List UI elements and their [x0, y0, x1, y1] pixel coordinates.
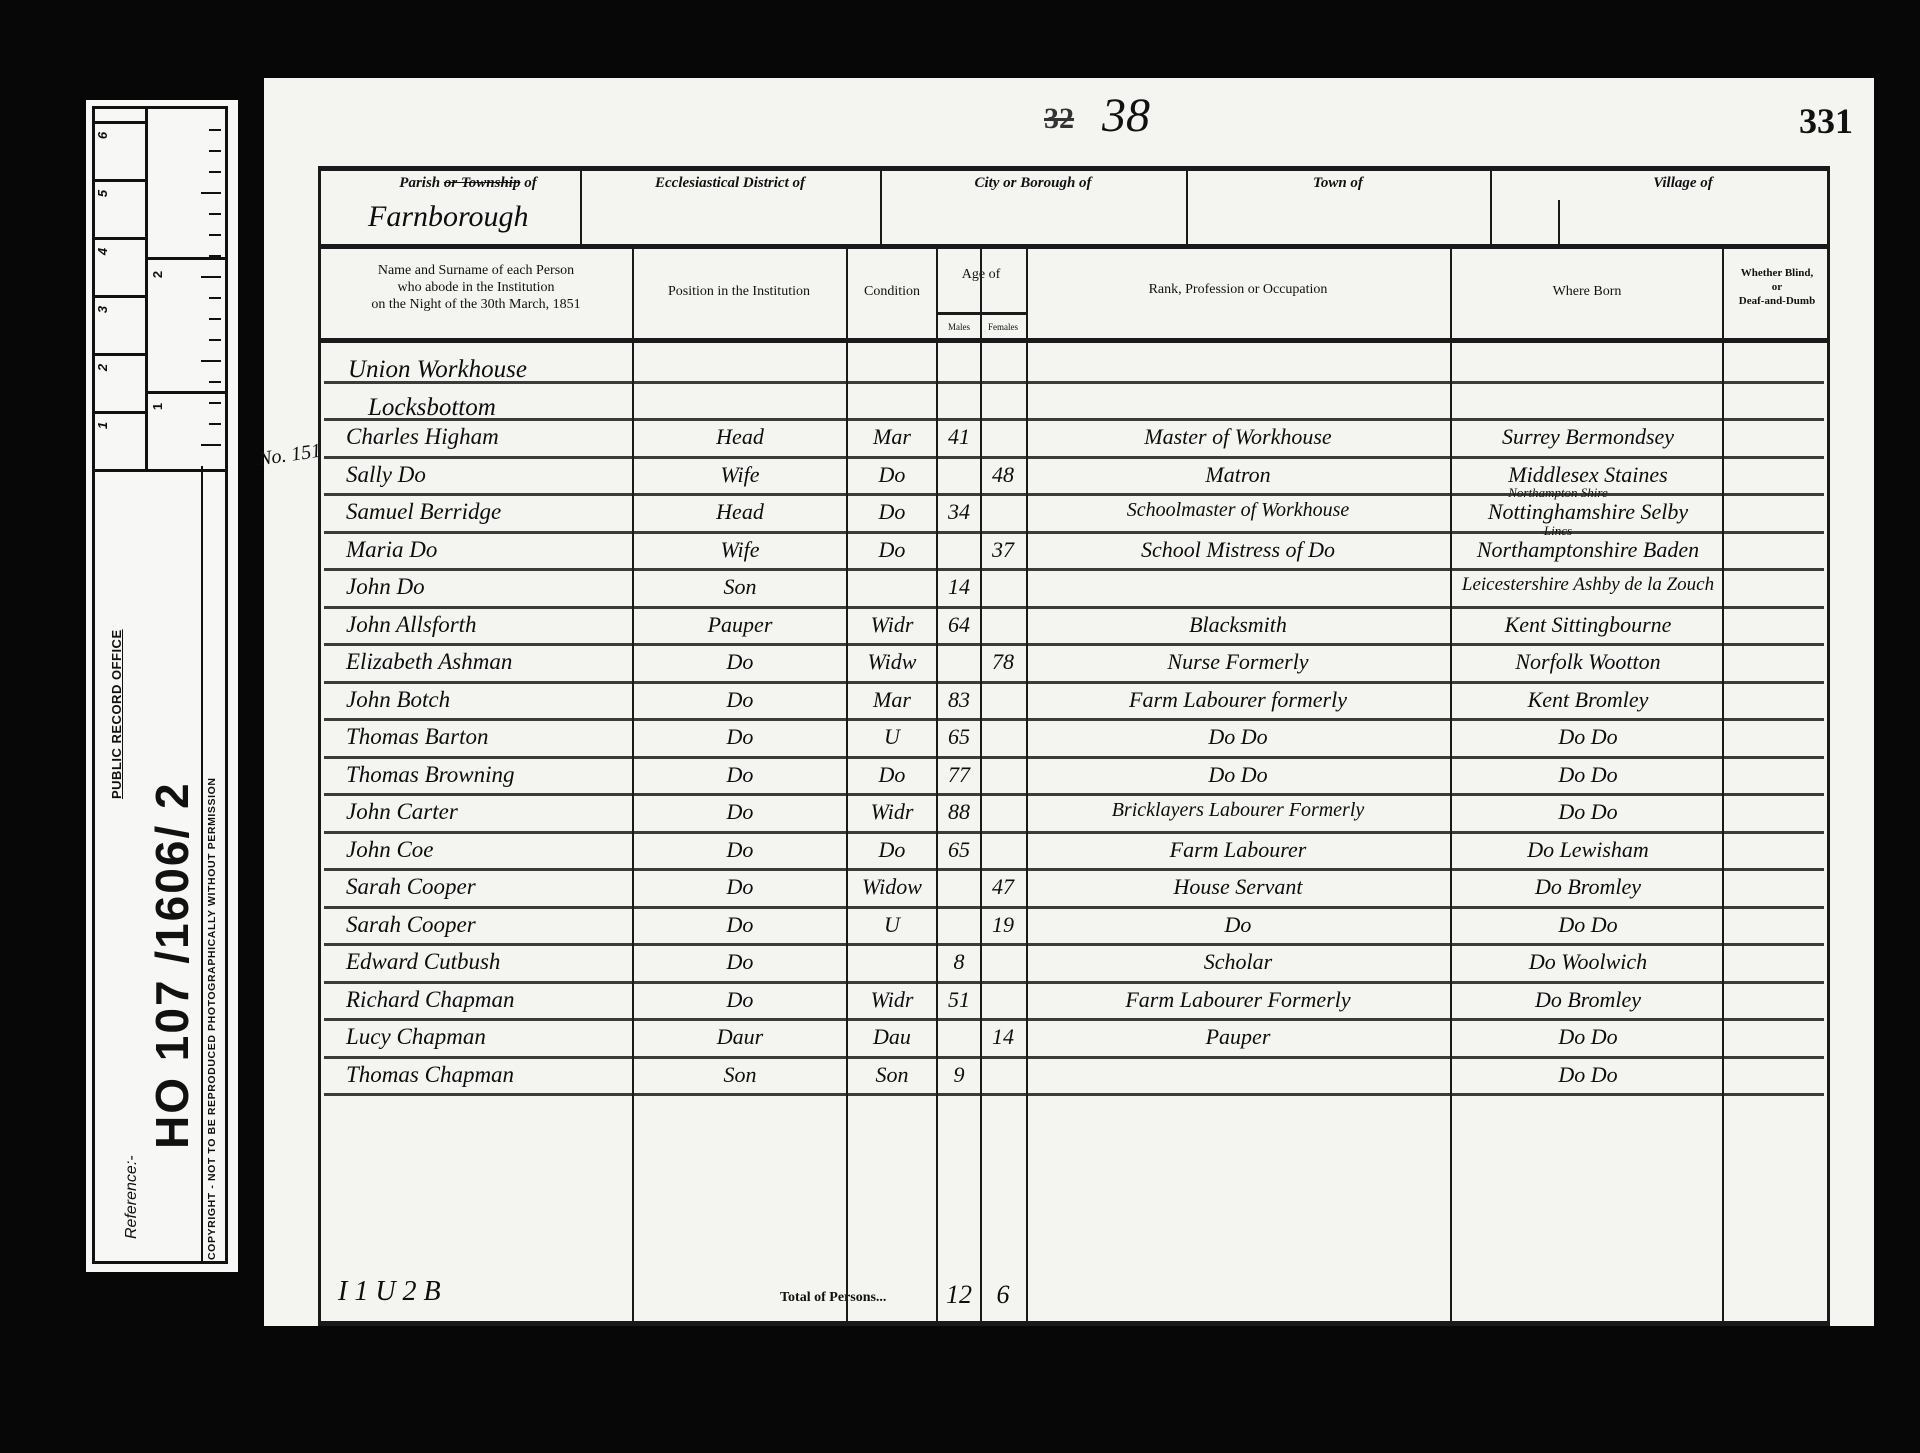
reference-card: 123456 12 COPYRIGHT - NOT TO BE REPRODUC…: [86, 100, 238, 1272]
cell-female: 37: [981, 537, 1025, 563]
cell-position: Pauper: [634, 612, 846, 638]
cell-position: Do: [634, 649, 846, 675]
cell-condition: Do: [848, 837, 936, 863]
cell-occupation: Nurse Formerly: [1028, 649, 1448, 675]
scale-ruler: 123456 12: [95, 109, 225, 472]
ruler-cm-cell: 5: [95, 179, 145, 237]
col-age-female-header: Females: [981, 318, 1025, 336]
cell-position: Do: [634, 724, 846, 750]
cell-male: 9: [938, 1062, 980, 1088]
cell-name: Sarah Cooper: [328, 912, 646, 938]
table-top-border: [318, 166, 1830, 171]
cell-name: Elizabeth Ashman: [328, 649, 646, 675]
cell-condition: Widr: [848, 612, 936, 638]
row-rule: [324, 493, 1824, 496]
cell-name: John Carter: [328, 799, 646, 825]
table-bottom-border: [318, 1321, 1830, 1326]
cell-position: Do: [634, 874, 846, 900]
cell-born: Do Do: [1454, 912, 1722, 938]
column-divider: [1450, 246, 1452, 1321]
cell-born: Do Do: [1454, 724, 1722, 750]
cell-name: Thomas Chapman: [328, 1062, 646, 1088]
column-divider: [1026, 246, 1028, 1321]
ruler-tick: [209, 423, 221, 425]
cell-position: Wife: [634, 462, 846, 488]
cell-position: Wife: [634, 537, 846, 563]
column-divider: [1722, 246, 1724, 1321]
cell-occupation: Do: [1028, 912, 1448, 938]
ruler-cm-label: 5: [95, 190, 110, 197]
cell-occupation: Master of Workhouse: [1028, 424, 1448, 450]
cell-position: Do: [634, 837, 846, 863]
reference-card-frame: 123456 12 COPYRIGHT - NOT TO BE REPRODUC…: [92, 106, 228, 1264]
ruler-tick: [209, 339, 221, 341]
ruler-inches: 12: [148, 109, 225, 469]
village-subdivider: [1558, 200, 1560, 244]
ecclesiastical-district-label: Ecclesiastical District of: [580, 174, 880, 192]
village-label: Village of: [1558, 174, 1808, 192]
cell-female: 19: [981, 912, 1025, 938]
row-rule: [324, 568, 1824, 571]
row-rule: [324, 718, 1824, 721]
cell-name: Charles Higham: [328, 424, 646, 450]
cell-position: Son: [634, 574, 846, 600]
row-rule: [324, 756, 1824, 759]
col-blind-header: Whether Blind, or Deaf-and-Dumb: [1724, 266, 1830, 308]
parish-label: Parish or Township of: [358, 174, 578, 192]
cell-name: Sally Do: [328, 462, 646, 488]
cell-male: 77: [938, 762, 980, 788]
cell-born: Do Do: [1454, 762, 1722, 788]
ruler-cm-cell: 2: [95, 353, 145, 411]
cell-occupation: Farm Labourer Formerly: [1028, 987, 1448, 1013]
ruler-tick: [201, 360, 221, 362]
cell-name: Maria Do: [328, 537, 646, 563]
ruler-tick: [209, 171, 221, 173]
institution-name: Union Workhouse: [348, 356, 527, 384]
total-males: 12: [938, 1280, 980, 1310]
col-position-header: Position in the Institution: [632, 283, 846, 301]
cell-condition: Widw: [848, 649, 936, 675]
schedule-number: No. 151: [257, 440, 323, 472]
ruler-centimetres: 123456: [95, 109, 148, 469]
row-rule: [324, 381, 1824, 384]
cell-position: Do: [634, 687, 846, 713]
cell-born: Kent Bromley: [1454, 687, 1722, 713]
cell-position: Head: [634, 424, 846, 450]
cell-male: 88: [938, 799, 980, 825]
city-borough-label: City or Borough of: [883, 174, 1183, 192]
folio-printed-number: 331: [1799, 100, 1853, 142]
cell-born: Kent Sittingbourne: [1454, 612, 1722, 638]
ruler-cm-label: 6: [95, 132, 110, 139]
row-rule: [324, 868, 1824, 871]
cell-born: Do Woolwich: [1454, 949, 1722, 975]
cell-name: Edward Cutbush: [328, 949, 646, 975]
row-rule: [324, 643, 1824, 646]
cell-condition: Do: [848, 462, 936, 488]
cell-occupation: Do Do: [1028, 724, 1448, 750]
ruler-tick: [209, 129, 221, 131]
cell-condition: Do: [848, 762, 936, 788]
cell-position: Do: [634, 762, 846, 788]
enumerator-tally: I 1 U 2 B: [338, 1276, 441, 1308]
column-header-divider: [318, 338, 1830, 343]
cell-name: Lucy Chapman: [328, 1024, 646, 1050]
col-condition-header: Condition: [848, 283, 936, 301]
cell-male: 65: [938, 837, 980, 863]
col-blind-line3: Deaf-and-Dumb: [1724, 294, 1830, 308]
cell-born: Nottinghamshire Selby: [1454, 499, 1722, 525]
col-blind-line2: or: [1724, 280, 1830, 294]
ruler-inch-divider: [148, 257, 225, 260]
ruler-tick: [209, 234, 221, 236]
row-rule: [324, 906, 1824, 909]
ruler-cm-cell: 6: [95, 121, 145, 179]
cell-position: Daur: [634, 1024, 846, 1050]
reference-number: HO 107 /1606/ 2: [145, 781, 199, 1149]
ruler-inch-label: 1: [150, 403, 165, 410]
table-right-border: [1827, 166, 1830, 1326]
col-age-male-header: Males: [938, 318, 980, 336]
ruler-inch-label: 2: [150, 271, 165, 278]
cell-condition: U: [848, 912, 936, 938]
cell-condition: U: [848, 724, 936, 750]
ruler-tick: [209, 150, 221, 152]
ruler-tick: [209, 297, 221, 299]
ruler-cm-label: 3: [95, 306, 110, 313]
ruler-tick: [201, 192, 221, 194]
total-females: 6: [981, 1280, 1025, 1310]
place-header-divider: [318, 244, 1830, 249]
folio-struck-number: 32: [1044, 102, 1074, 136]
column-divider: [936, 246, 938, 1321]
reference-label: Reference:-: [123, 1155, 141, 1239]
cell-born: Do Do: [1454, 799, 1722, 825]
census-page: 32 38 331 Parish or Township of Farnboro…: [264, 78, 1874, 1326]
row-rule: [324, 531, 1824, 534]
row-rule: [324, 681, 1824, 684]
cell-born: Do Lewisham: [1454, 837, 1722, 863]
total-persons-label: Total of Persons...: [780, 1290, 886, 1306]
cell-condition: Widow: [848, 874, 936, 900]
cell-name: Thomas Browning: [328, 762, 646, 788]
cell-male: 41: [938, 424, 980, 450]
row-rule: [324, 793, 1824, 796]
ruler-cm-label: 4: [95, 248, 110, 255]
cell-occupation: Do Do: [1028, 762, 1448, 788]
ruler-tick: [209, 318, 221, 320]
place-header-divider-v: [1186, 166, 1188, 244]
cell-born: Do Bromley: [1454, 987, 1722, 1013]
ruler-tick: [209, 213, 221, 215]
cell-born: Leicestershire Ashby de la Zouch: [1454, 574, 1722, 596]
parish-label-struck: or Township: [444, 175, 521, 191]
ruler-tick: [209, 381, 221, 383]
cell-born: Norfolk Wootton: [1454, 649, 1722, 675]
col-occupation-header: Rank, Profession or Occupation: [1026, 281, 1450, 299]
cell-position: Do: [634, 987, 846, 1013]
cell-born: Surrey Bermondsey: [1454, 424, 1722, 450]
cell-male: 51: [938, 987, 980, 1013]
cell-born: Do Do: [1454, 1024, 1722, 1050]
row-rule: [324, 831, 1824, 834]
cell-condition: Do: [848, 537, 936, 563]
cell-name: Thomas Barton: [328, 724, 646, 750]
cell-occupation: Bricklayers Labourer Formerly: [1028, 799, 1448, 822]
census-table: Parish or Township of Farnborough Eccles…: [318, 166, 1830, 1326]
place-header-divider-v: [580, 166, 582, 244]
cell-female: 48: [981, 462, 1025, 488]
ruler-tick: [201, 276, 221, 278]
row-rule: [324, 456, 1824, 459]
cell-occupation: Blacksmith: [1028, 612, 1448, 638]
row-rule: [324, 943, 1824, 946]
cell-position: Do: [634, 799, 846, 825]
column-divider: [632, 246, 634, 1321]
column-divider: [980, 246, 982, 1321]
ruler-cm-cell: 1: [95, 411, 145, 469]
cell-occupation: School Mistress of Do: [1028, 537, 1448, 563]
parish-value: Farnborough: [368, 200, 529, 234]
ruler-cm-cell: 4: [95, 237, 145, 295]
cell-occupation: Farm Labourer formerly: [1028, 687, 1448, 713]
cell-name: John Do: [328, 574, 646, 600]
age-subheader-divider: [938, 312, 1026, 315]
cell-condition: Widr: [848, 987, 936, 1013]
cell-male: 14: [938, 574, 980, 600]
column-divider: [846, 246, 848, 1321]
col-name-line1: Name and Surname of each Person: [322, 262, 630, 279]
cell-position: Son: [634, 1062, 846, 1088]
cell-condition: Widr: [848, 799, 936, 825]
cell-name: John Botch: [328, 687, 646, 713]
col-name-header: Name and Surname of each Person who abod…: [322, 262, 630, 313]
ruler-cm-label: 1: [95, 422, 110, 429]
row-rule: [324, 1093, 1824, 1096]
col-where-born-header: Where Born: [1452, 283, 1722, 301]
row-rule: [324, 606, 1824, 609]
cell-position: Do: [634, 912, 846, 938]
cell-occupation: Scholar: [1028, 949, 1448, 975]
row-rule: [324, 1018, 1824, 1021]
col-name-line3: on the Night of the 30th March, 1851: [322, 296, 630, 313]
cell-occupation: Schoolmaster of Workhouse: [1028, 499, 1448, 522]
cell-name: John Allsforth: [328, 612, 646, 638]
cell-male: 34: [938, 499, 980, 525]
cell-condition: Son: [848, 1062, 936, 1088]
ruler-tick: [201, 444, 221, 446]
folio-handwritten-number: 38: [1102, 88, 1150, 143]
cell-name: Richard Chapman: [328, 987, 646, 1013]
row-rule: [324, 418, 1824, 421]
copyright-column: COPYRIGHT - NOT TO BE REPRODUCED PHOTOGR…: [201, 466, 225, 1264]
cell-position: Do: [634, 949, 846, 975]
cell-condition: Mar: [848, 424, 936, 450]
ruler-tick: [209, 402, 221, 404]
place-header-divider-v: [1490, 166, 1492, 244]
cell-born: Northamptonshire Baden: [1454, 537, 1722, 563]
cell-name: Samuel Berridge: [328, 499, 646, 525]
cell-position: Head: [634, 499, 846, 525]
copyright-notice: COPYRIGHT - NOT TO BE REPRODUCED PHOTOGR…: [206, 777, 218, 1260]
col-blind-line1: Whether Blind,: [1724, 266, 1830, 280]
ruler-inch-divider: [148, 391, 225, 394]
cell-male: 83: [938, 687, 980, 713]
cell-occupation: Farm Labourer: [1028, 837, 1448, 863]
cell-name: John Coe: [328, 837, 646, 863]
col-name-line2: who abode in the Institution: [322, 279, 630, 296]
cell-occupation: Pauper: [1028, 1024, 1448, 1050]
cell-occupation: House Servant: [1028, 874, 1448, 900]
cell-male: 64: [938, 612, 980, 638]
cell-female: 78: [981, 649, 1025, 675]
cell-male: 65: [938, 724, 980, 750]
place-header-divider-v: [880, 166, 882, 244]
row-rule: [324, 1056, 1824, 1059]
cell-born: Do Bromley: [1454, 874, 1722, 900]
town-label: Town of: [1188, 174, 1488, 192]
ruler-cm-cell: 3: [95, 295, 145, 353]
cell-born: Do Do: [1454, 1062, 1722, 1088]
cell-name: Sarah Cooper: [328, 874, 646, 900]
cell-female: 14: [981, 1024, 1025, 1050]
cell-condition: Dau: [848, 1024, 936, 1050]
cell-condition: Do: [848, 499, 936, 525]
cell-female: 47: [981, 874, 1025, 900]
table-left-border: [318, 166, 321, 1326]
row-rule: [324, 981, 1824, 984]
cell-male: 8: [938, 949, 980, 975]
ruler-cm-label: 2: [95, 364, 110, 371]
cell-condition: Mar: [848, 687, 936, 713]
cell-occupation: Matron: [1028, 462, 1448, 488]
record-office-label: PUBLIC RECORD OFFICE: [109, 629, 124, 799]
